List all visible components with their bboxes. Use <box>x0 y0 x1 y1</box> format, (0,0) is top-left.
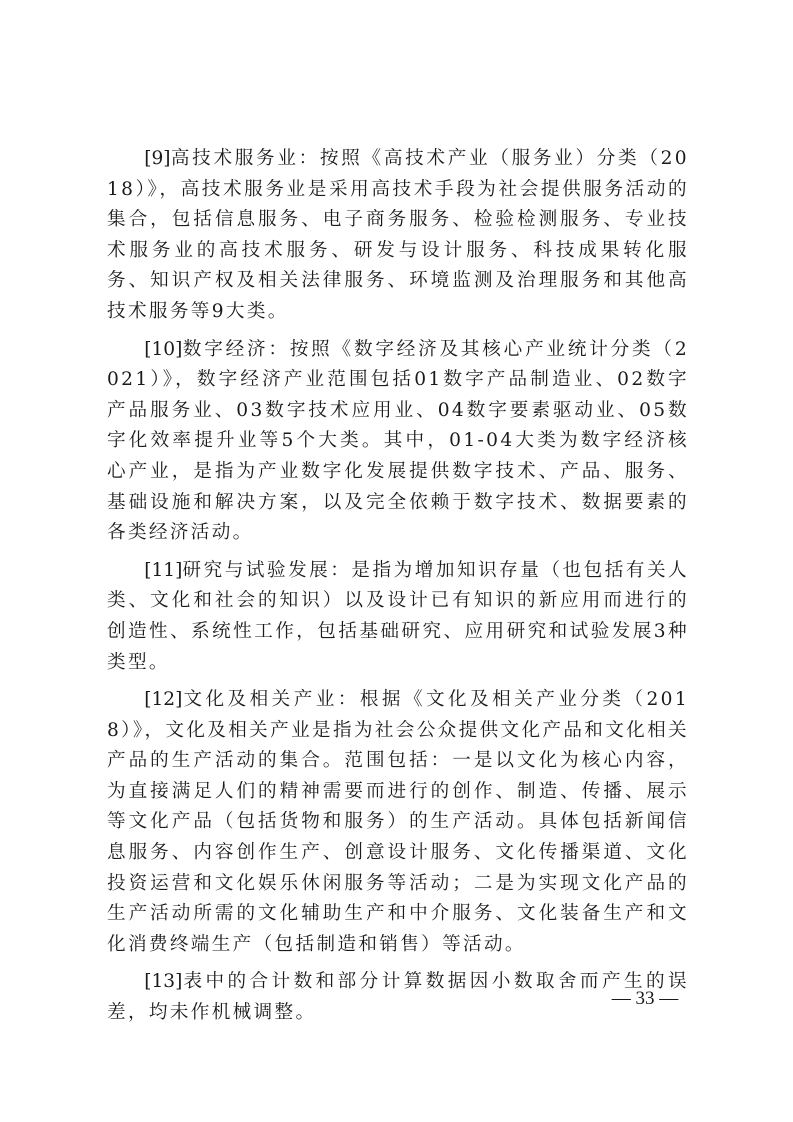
note-text-9: 高技术服务业：按照《高技术产业（服务业）分类（2018）》，高技术服务业是采用高… <box>107 148 689 322</box>
note-ref-12: [12] <box>144 689 182 710</box>
note-ref-10: [10] <box>144 339 182 360</box>
note-text-12: 文化及相关产业：根据《文化及相关产业分类（2018）》，文化及相关产业是指为社会… <box>107 689 689 955</box>
note-ref-11: [11] <box>144 560 182 581</box>
note-text-13: 表中的合计数和部分计算数据因小数取舍而产生的误差，均未作机械调整。 <box>107 971 689 1023</box>
page-number: — 33 — <box>610 988 680 1010</box>
note-ref-9: [9] <box>144 148 170 169</box>
notes-section: [9]高技术服务业：按照《高技术产业（服务业）分类（2018）》，高技术服务业是… <box>107 144 689 1036</box>
note-paragraph-10: [10]数字经济：按照《数字经济及其核心产业统计分类（2021）》，数字经济产业… <box>107 335 689 549</box>
note-paragraph-12: [12]文化及相关产业：根据《文化及相关产业分类（2018）》，文化及相关产业是… <box>107 685 689 960</box>
note-paragraph-9: [9]高技术服务业：按照《高技术产业（服务业）分类（2018）》，高技术服务业是… <box>107 144 689 328</box>
note-text-11: 研究与试验发展：是指为增加知识存量（也包括有关人类、文化和社会的知识）以及设计已… <box>107 560 689 673</box>
note-paragraph-11: [11]研究与试验发展：是指为增加知识存量（也包括有关人类、文化和社会的知识）以… <box>107 556 689 678</box>
note-ref-13: [13] <box>144 971 182 992</box>
note-text-10: 数字经济：按照《数字经济及其核心产业统计分类（2021）》，数字经济产业范围包括… <box>107 339 689 544</box>
document-page: [9]高技术服务业：按照《高技术产业（服务业）分类（2018）》，高技术服务业是… <box>0 0 793 1122</box>
note-paragraph-13: [13]表中的合计数和部分计算数据因小数取舍而产生的误差，均未作机械调整。 <box>107 967 689 1028</box>
